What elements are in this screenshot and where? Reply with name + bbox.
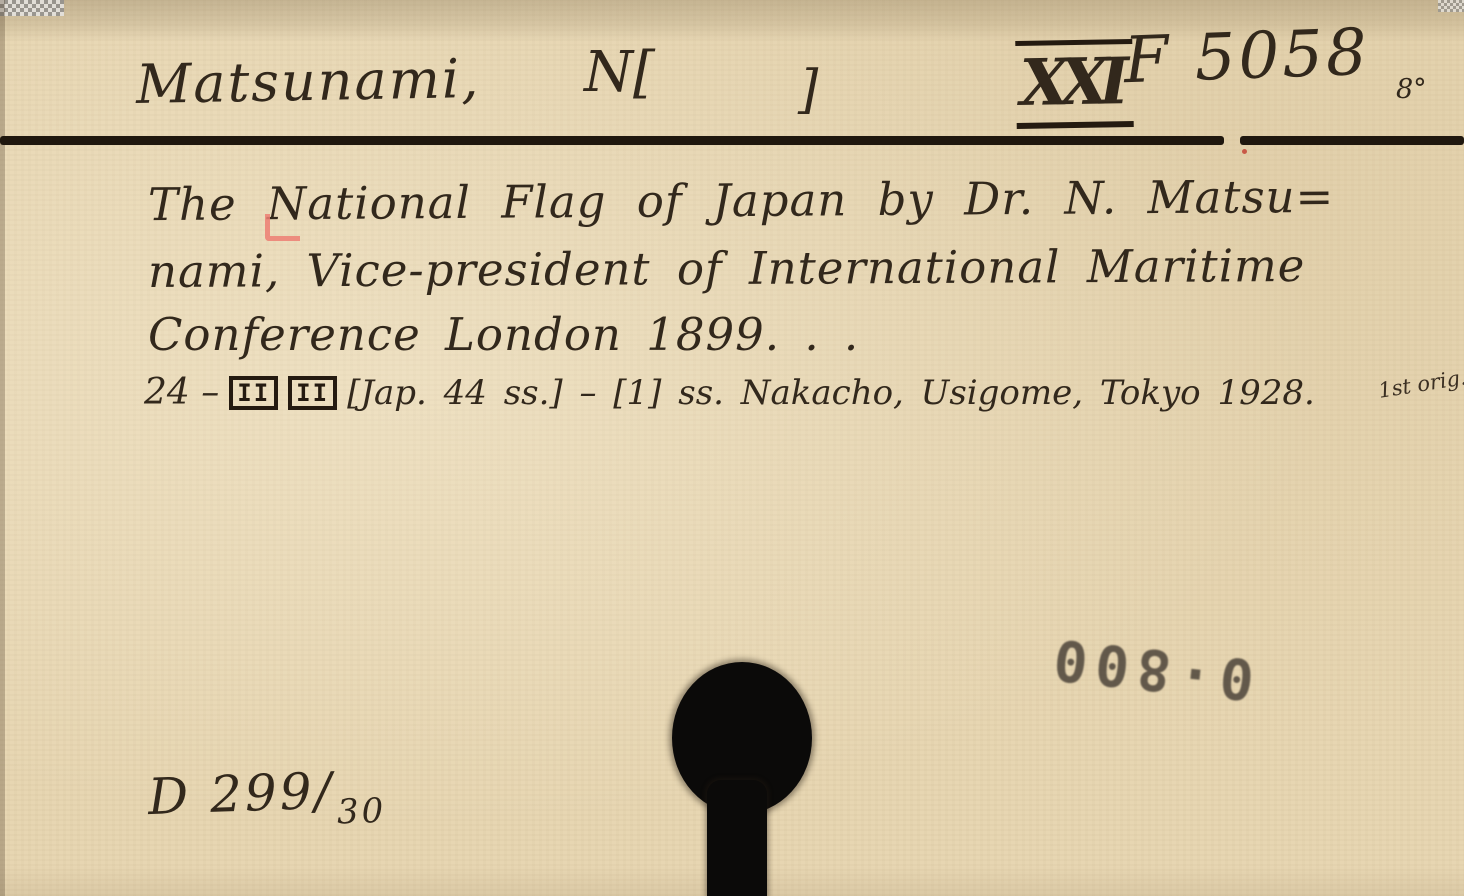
title-line-2: nami, Vice-president of International Ma…: [148, 239, 1306, 298]
library-catalog-card: Matsunami, N[ ] XXI F 5058 8° The Nation…: [0, 0, 1464, 896]
author-heading: Matsunami,: [135, 47, 480, 116]
edition-note: 1st orig.: [1377, 365, 1464, 403]
scan-noise-top-left: [0, 0, 64, 16]
red-ink-speck: [1242, 149, 1247, 154]
boxed-kanji-glyph: II: [288, 376, 337, 410]
catalog-punch-slot: [707, 780, 767, 896]
format-octavo-mark: 8°: [1396, 74, 1427, 105]
red-proof-mark: [265, 214, 300, 241]
accession-number-main: D 299/: [147, 762, 335, 826]
bracket-close-mark: ]: [798, 60, 818, 120]
header-rule-right-segment: [1240, 136, 1464, 145]
title-line-3: Conference London 1899. . .: [148, 308, 859, 361]
imprint-text: [Jap. 44 ss.] – [1] ss. Nakacho, Usigome…: [347, 373, 1315, 413]
header-rule-left-segment: [0, 136, 1224, 145]
author-initial: N[: [584, 40, 655, 105]
upside-down-number-stamp: 0·800: [1017, 623, 1282, 715]
scan-noise-top-right: [1438, 0, 1464, 12]
shelf-mark: F 5058: [1123, 16, 1371, 99]
title-line-1: The National Flag of Japan by Dr. N. Mat…: [148, 170, 1335, 231]
accession-number: D 299/30: [147, 760, 384, 826]
boxed-kanji-glyph: II: [229, 376, 278, 410]
accession-number-sub: 30: [336, 791, 387, 833]
card-left-edge-shadow: [0, 0, 5, 896]
collation-prefix: 24 –: [144, 372, 219, 413]
class-mark-roman-numeral: XXI: [1015, 39, 1134, 129]
collation-line: 24 – II II [Jap. 44 ss.] – [1] ss. Nakac…: [144, 372, 1315, 413]
